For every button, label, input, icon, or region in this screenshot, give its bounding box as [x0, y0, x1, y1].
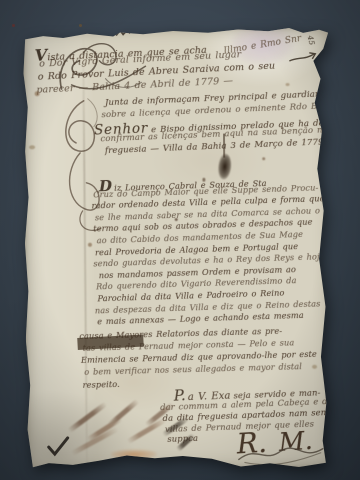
signature: R.M. [236, 423, 314, 461]
background-speck-brown [79, 24, 82, 27]
petition-body-block: Diz Lourenço Cabral e Souza de Sta Cruz … [91, 170, 336, 328]
edge-numeral: 45 [306, 35, 317, 46]
foxing-spot [88, 243, 92, 247]
foxing-spot [286, 83, 290, 86]
dark-check-mark [47, 435, 71, 457]
foxing-spot [312, 365, 317, 369]
foxing-spot [175, 218, 178, 221]
paper-sheet: Illmo e Rmo Snr 45 Vista a distancia em … [23, 27, 334, 472]
despacho-block: Vista a distancia em que se acha o Dor V… [34, 35, 276, 98]
signature-initial-r: R. [236, 426, 268, 461]
background-speck-red [12, 24, 15, 27]
smudge-streak [107, 399, 139, 427]
salutation-block: Junta de informaçam Frey principal e gua… [93, 89, 342, 159]
signature-initial-m: M. [278, 426, 313, 457]
foxing-spot [29, 145, 35, 149]
foxing-spot [262, 157, 265, 160]
top-edge-ink-mark [115, 29, 131, 37]
foxing-spot [35, 91, 40, 96]
rust-stain [111, 449, 157, 459]
smudge-streak [162, 416, 190, 437]
photo-of-manuscript: Illmo e Rmo Snr 45 Vista a distancia em … [0, 0, 360, 480]
ink-drip [223, 134, 225, 158]
foxing-spot [202, 178, 205, 182]
fold-crease [82, 35, 88, 463]
